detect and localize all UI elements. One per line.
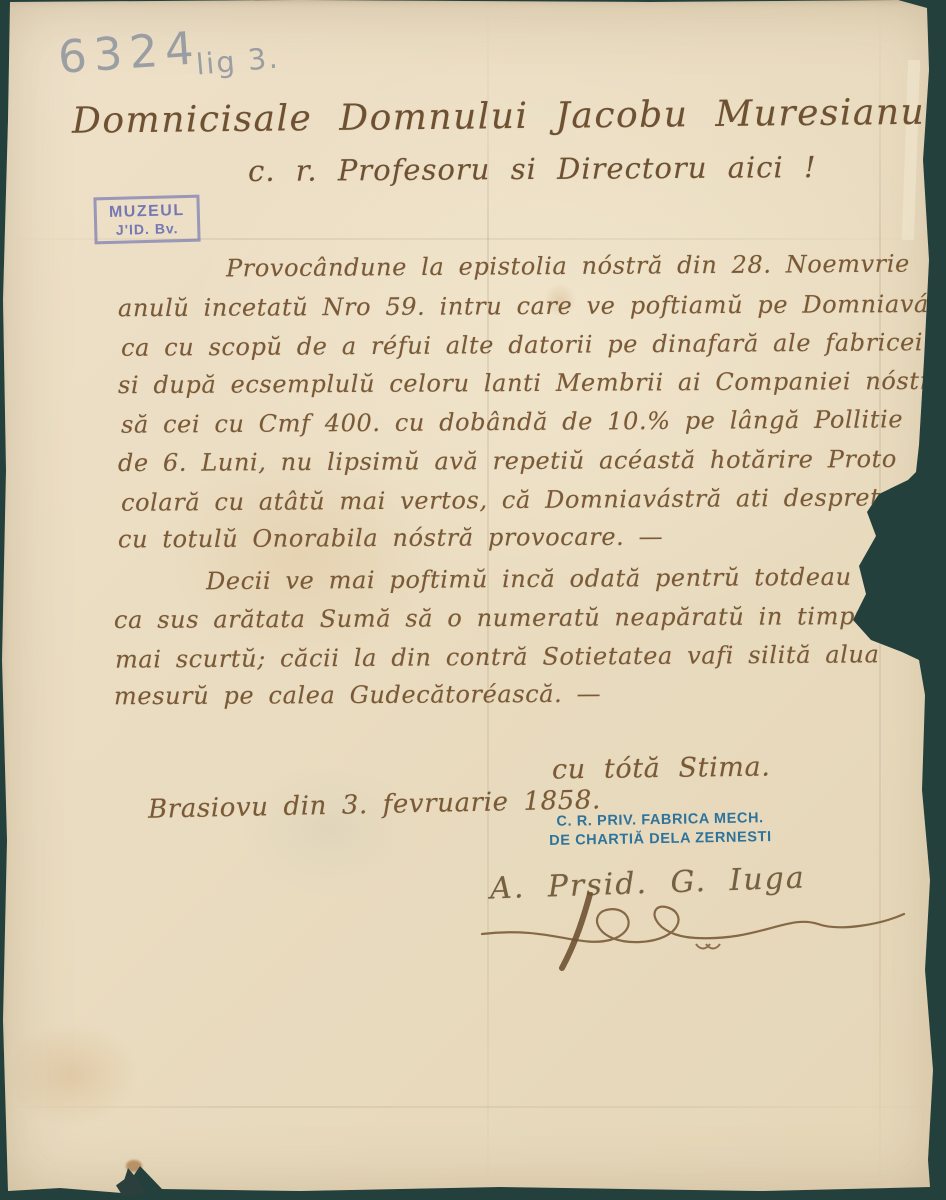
museum-stamp-line2: J'ID. Bv. bbox=[99, 220, 195, 239]
factory-ink-stamp: C. R. PRIV. FABRICA MECH. DE CHARTIĂ DEL… bbox=[549, 809, 772, 851]
body-line: si după ecsemplulŭ celoru lanti Membrii … bbox=[118, 367, 946, 399]
address-line-title: c. r. Profesoru si Directoru aici ! bbox=[248, 150, 817, 188]
body-line: ca cu scopŭ de a réfui alte datorii pe d… bbox=[121, 328, 923, 362]
museum-stamp: MUZEUL J'ID. Bv. bbox=[93, 195, 200, 245]
fold-crease-vertical-right bbox=[879, 0, 881, 1200]
letter-paper: 6324 lig 3. Domnicisale Domnului Jacobu … bbox=[0, 0, 946, 1200]
scanned-letter-image: 6324 lig 3. Domnicisale Domnului Jacobu … bbox=[0, 0, 946, 1200]
body-line: mesurŭ pe calea Gudecătoréască. — bbox=[114, 680, 601, 711]
body-line: colară cu atâtŭ mai vertos, că Domniavás… bbox=[121, 483, 915, 517]
body-line: de 6. Luni, nu lipsimŭ avă repetiŭ acéas… bbox=[118, 445, 897, 477]
address-line-recipient: Domnicisale Domnului Jacobu Muresianu ! bbox=[72, 91, 946, 141]
body-line: ca sus arătata Sumă să o numeratŭ neapăr… bbox=[114, 602, 896, 634]
museum-stamp-line1: MUZEUL bbox=[99, 202, 195, 223]
torn-edge-flap bbox=[902, 60, 920, 240]
body-line: Decii ve mai poftimŭ incă odată pentrŭ t… bbox=[206, 563, 852, 596]
place-date-line: Brasiovu din 3. fevruarie 1858. bbox=[148, 785, 601, 824]
body-line: cu totulŭ Onorabila nóstră provocare. — bbox=[118, 523, 663, 554]
signature-flourish bbox=[478, 892, 908, 972]
body-line: mai scurtŭ; căcii la din contră Sotietat… bbox=[115, 640, 880, 673]
body-line: să cei cu Cmf 400. cu dobândă de 10.% pe… bbox=[121, 405, 903, 438]
pencil-figure-note: lig 3. bbox=[195, 40, 281, 81]
closing-salutation: cu tótă Stima. bbox=[552, 751, 771, 785]
pencil-inventory-number: 6324 bbox=[56, 21, 202, 84]
body-line: anulŭ incetatŭ Nro 59. intru care ve pof… bbox=[118, 290, 946, 323]
fold-crease-horizontal-lower bbox=[0, 1106, 946, 1108]
factory-stamp-line2: DE CHARTIĂ DELA ZERNESTI bbox=[549, 828, 772, 851]
body-line: Provocândune la epistolia nóstră din 28.… bbox=[226, 250, 910, 283]
